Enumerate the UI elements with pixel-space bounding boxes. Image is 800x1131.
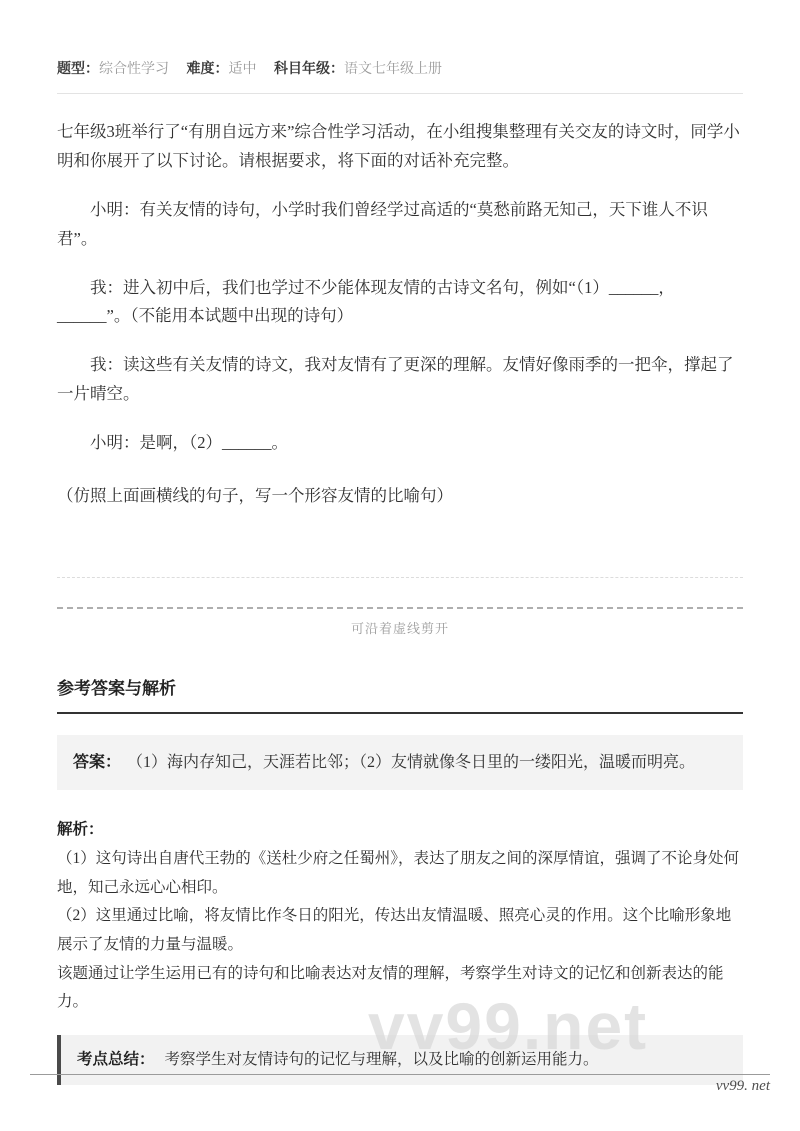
meta-type-label: 题型：	[57, 60, 99, 76]
meta-difficulty: 难度：适中	[187, 62, 257, 77]
footer-divider	[30, 1074, 770, 1075]
dialog-line-xiaoming-2: 小明：是啊，（2）______。	[57, 429, 743, 458]
meta-type-value: 综合性学习	[99, 62, 169, 77]
analysis-line-1: （1）这句诗出自唐代王勃的《送杜少府之任蜀州》，表达了朋友之间的深厚情谊，强调了…	[57, 845, 743, 902]
meta-grade-label: 科目年级：	[274, 60, 344, 76]
cut-dashed-line-dark	[57, 607, 743, 609]
page-footer: vv99. net	[30, 1074, 770, 1095]
meta-type: 题型：综合性学习	[57, 62, 169, 77]
answer-text: （1）海内存知己，天涯若比邻；（2）友情就像冬日里的一缕阳光，温暖而明亮。	[135, 754, 695, 771]
summary-label: 考点总结：	[77, 1051, 155, 1068]
cut-line-label: 可沿着虚线剪开	[57, 618, 743, 637]
document-page: 题型：综合性学习 难度：适中 科目年级：语文七年级上册 七年级3班举行了“有朋自…	[0, 0, 800, 1085]
analysis-line-2: （2）这里通过比喻，将友情比作冬日的阳光，传达出友情温暖、照亮心灵的作用。这个比…	[57, 902, 743, 959]
analysis-line-3: 该题通过让学生运用已有的诗句和比喻表达对友情的理解，考察学生对诗文的记忆和创新表…	[57, 960, 743, 1017]
question-intro: 七年级3班举行了“有朋自远方来”综合性学习活动，在小组搜集整理有关交友的诗文时，…	[57, 118, 743, 176]
answer-box: 答案：（1）海内存知己，天涯若比邻；（2）友情就像冬日里的一缕阳光，温暖而明亮。	[57, 735, 743, 791]
answer-label: 答案：	[73, 754, 121, 771]
meta-grade-value: 语文七年级上册	[344, 62, 442, 77]
meta-grade: 科目年级：语文七年级上册	[274, 62, 442, 77]
question-meta: 题型：综合性学习 难度：适中 科目年级：语文七年级上册	[57, 58, 743, 80]
dialog-line-me-2: 我：读这些有关友情的诗文，我对友情有了更深的理解。友情好像雨季的一把伞，撑起了一…	[57, 351, 743, 409]
answers-heading: 参考答案与解析	[57, 674, 743, 714]
question-note: （仿照上面画横线的句子，写一个形容友情的比喻句）	[57, 482, 743, 511]
meta-difficulty-value: 适中	[229, 62, 257, 77]
summary-text: 考察学生对友情诗句的记忆与理解，以及比喻的创新运用能力。	[165, 1051, 599, 1068]
footer-site-name: vv99. net	[30, 1078, 770, 1095]
cut-dashed-line-light	[57, 577, 743, 578]
analysis-block: 解析： （1）这句诗出自唐代王勃的《送杜少府之任蜀州》，表达了朋友之间的深厚情谊…	[57, 816, 743, 1017]
analysis-label: 解析：	[57, 816, 743, 845]
meta-difficulty-label: 难度：	[187, 60, 229, 76]
dialog-line-xiaoming-1: 小明：有关友情的诗句，小学时我们曾经学过高适的“莫愁前路无知己，天下谁人不识君”…	[57, 196, 743, 254]
header-divider	[57, 93, 743, 94]
dialog-line-me-1: 我：进入初中后，我们也学过不少能体现友情的古诗文名句，例如“（1）______，…	[57, 274, 743, 332]
